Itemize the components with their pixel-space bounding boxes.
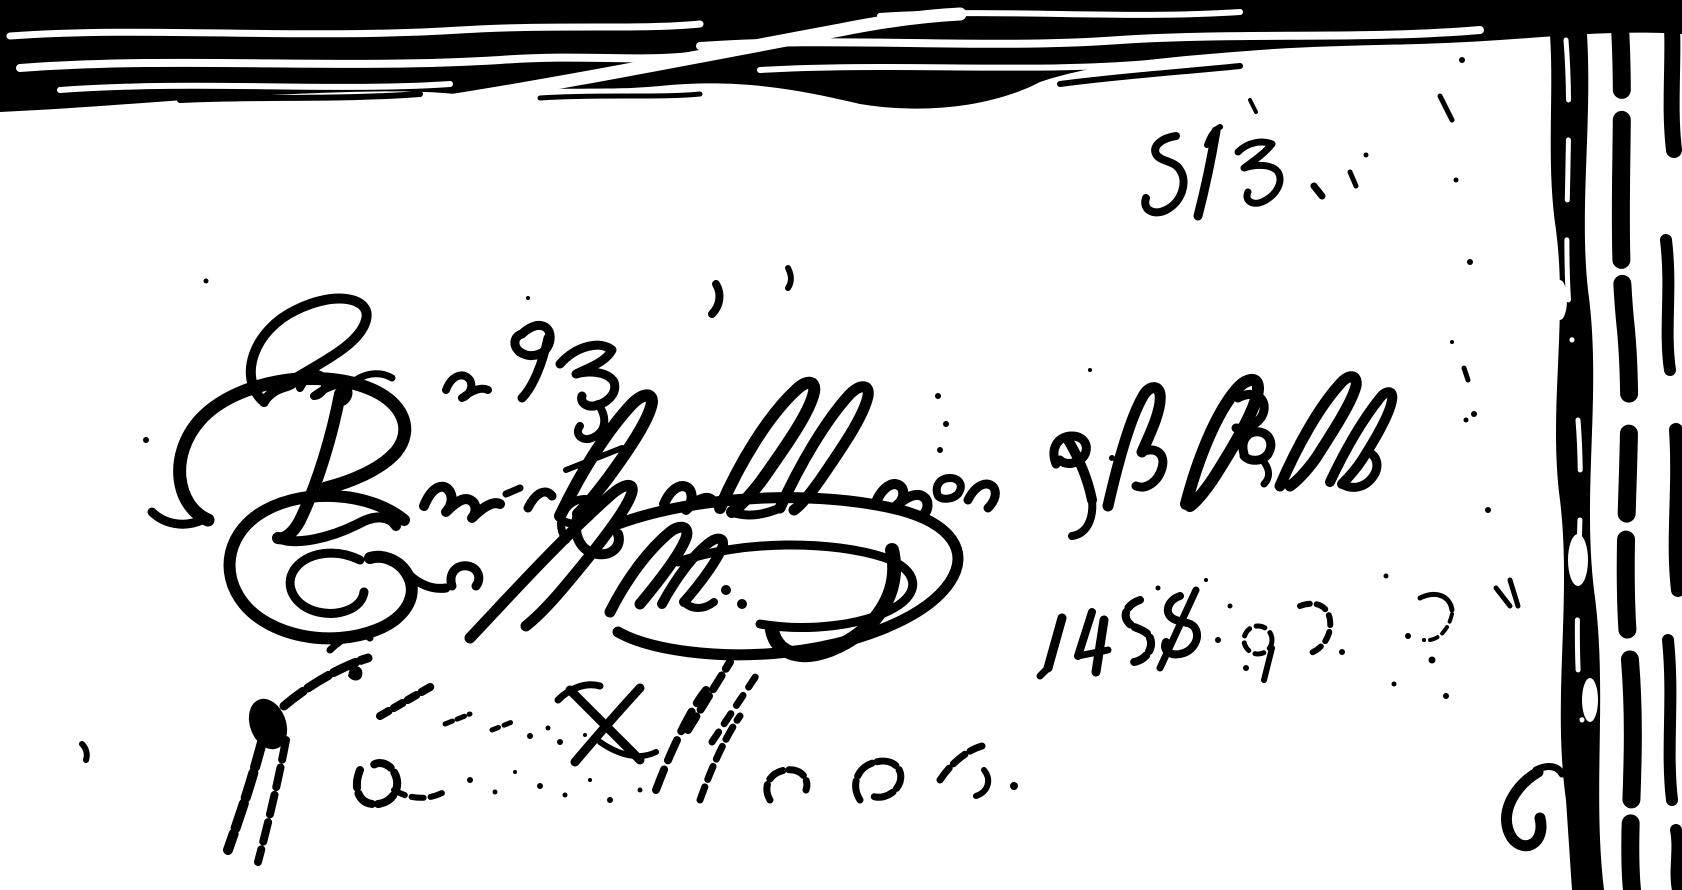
ink-speck xyxy=(638,788,643,793)
faded-arc xyxy=(1300,604,1330,654)
ink-speck xyxy=(588,778,592,782)
period-speck xyxy=(1010,782,1018,790)
ink-speck xyxy=(1443,693,1449,699)
ink-speck xyxy=(1384,574,1389,579)
colon-dot xyxy=(721,585,731,595)
ink-speck xyxy=(1450,340,1454,344)
ink-speck xyxy=(1364,153,1369,158)
ink-speck xyxy=(1392,682,1397,687)
z-flourish-stroke xyxy=(560,345,615,406)
edge-hook-mark xyxy=(1506,772,1541,846)
apostrophe-mark xyxy=(712,284,719,314)
ink-speck xyxy=(937,447,943,453)
ink-speck xyxy=(143,437,149,443)
handwriting-line-3 xyxy=(230,485,958,654)
ink-speck xyxy=(1109,455,1115,461)
page-number-513 xyxy=(1145,100,1368,216)
a-stroke xyxy=(1243,432,1271,461)
faded-tick xyxy=(1510,580,1518,606)
capital-d-inner-loop xyxy=(290,553,364,613)
tall-loop-stroke xyxy=(1330,392,1392,484)
handwriting-line-5-faded xyxy=(82,634,1018,862)
ink-speck xyxy=(204,279,209,284)
period-mark xyxy=(1314,186,1322,196)
digit-3-stroke xyxy=(1238,142,1280,203)
faded-dash xyxy=(492,722,512,730)
ink-speck xyxy=(526,296,530,300)
eszett-belly xyxy=(1136,450,1163,487)
tall-loop-stroke xyxy=(780,387,868,510)
ink-speck xyxy=(546,726,551,731)
ink-speck xyxy=(1467,259,1473,265)
tick-mark xyxy=(788,268,791,288)
capital-b-stem xyxy=(278,394,340,538)
faded-leg xyxy=(228,742,262,850)
faded-arm xyxy=(284,658,368,706)
digit-1-foot xyxy=(1040,668,1048,676)
faded-slash xyxy=(656,690,706,790)
ink-speck xyxy=(493,790,498,795)
digit-4-faded xyxy=(1078,612,1092,656)
right-edge-streaks xyxy=(1384,0,1679,890)
right-band-edge xyxy=(1670,0,1674,150)
digit-1-faded xyxy=(1048,618,1062,668)
ink-speck xyxy=(1243,665,1249,671)
ink-speck xyxy=(1459,57,1465,63)
edge-tick xyxy=(1496,588,1510,606)
ink-speck xyxy=(513,770,517,774)
ink-speck xyxy=(1228,604,1233,609)
digit-4-faded xyxy=(1096,620,1104,672)
right-band-main xyxy=(1546,0,1604,890)
ink-speck xyxy=(935,393,941,399)
minims-stroke xyxy=(424,487,500,518)
faded-diagonal xyxy=(380,686,432,716)
ink-speck xyxy=(583,733,587,737)
cursive-stroke xyxy=(446,375,488,398)
right-band-gap xyxy=(1553,280,1567,320)
ink-speck xyxy=(537,783,543,789)
ink-speck xyxy=(1471,411,1477,417)
right-band-gap xyxy=(1568,534,1588,586)
y-descender xyxy=(1072,500,1092,536)
end-hook-stroke xyxy=(684,602,714,608)
ink-speck xyxy=(1088,368,1092,372)
faded-stroke xyxy=(940,746,982,780)
faded-dash xyxy=(445,714,470,724)
band-white-streak xyxy=(60,84,450,90)
right-band-edge xyxy=(1676,830,1678,890)
faded-tail xyxy=(394,790,444,798)
ink-speck xyxy=(557,739,563,745)
top-ink-band xyxy=(0,0,1682,112)
r-tick xyxy=(506,488,520,494)
faded-loop xyxy=(856,761,901,800)
colon-dot xyxy=(737,599,747,609)
ink-speck xyxy=(563,793,568,798)
cursive-stroke xyxy=(522,338,548,398)
right-band-edge xyxy=(1676,430,1678,590)
ink-speck xyxy=(527,733,533,739)
ink-speck xyxy=(1454,178,1459,183)
faded-slash xyxy=(700,716,740,800)
minims-stroke xyxy=(968,484,995,508)
e-stroke xyxy=(451,566,479,586)
minims-stroke xyxy=(528,492,552,508)
ink-speck xyxy=(1250,100,1256,112)
edge-arc xyxy=(1420,594,1452,610)
ink-speck xyxy=(1350,172,1356,186)
handwriting-line-1 xyxy=(204,268,792,439)
e-stroke xyxy=(937,478,961,499)
ink-speck xyxy=(1215,637,1221,643)
edge-arc xyxy=(1424,614,1452,640)
edge-tick xyxy=(1440,96,1452,120)
right-band-edge xyxy=(1666,240,1670,370)
ink-speck xyxy=(1156,586,1161,591)
ink-speck xyxy=(1204,578,1208,582)
faded-hook xyxy=(976,770,988,796)
digit-5-stroke xyxy=(1145,136,1183,212)
faded-c-shape xyxy=(767,770,807,800)
right-band-gap xyxy=(1582,678,1598,722)
lone-dot-mark xyxy=(82,744,87,760)
ink-speck xyxy=(1405,633,1411,639)
tall-loop-stroke xyxy=(1280,377,1356,486)
manuscript-scan xyxy=(0,0,1682,890)
band-wisp xyxy=(540,94,700,98)
manuscript-page: Binarized black-and-white scan of a hand… xyxy=(0,0,1682,890)
right-band-edge xyxy=(1668,640,1672,800)
digit-5-faded xyxy=(1126,600,1151,662)
faded-loop xyxy=(357,763,397,804)
ink-speck xyxy=(1429,657,1436,664)
ink-speck xyxy=(607,797,613,803)
ink-speck xyxy=(943,421,949,427)
ink-speck xyxy=(1464,418,1469,423)
faded-ring xyxy=(1244,626,1272,654)
right-band-second xyxy=(1618,0,1633,890)
tick-mark xyxy=(1464,368,1468,380)
ink-speck xyxy=(467,777,473,783)
ink-speck xyxy=(1485,507,1491,513)
comma-mark xyxy=(1264,462,1269,484)
ink-speck xyxy=(1339,649,1345,655)
